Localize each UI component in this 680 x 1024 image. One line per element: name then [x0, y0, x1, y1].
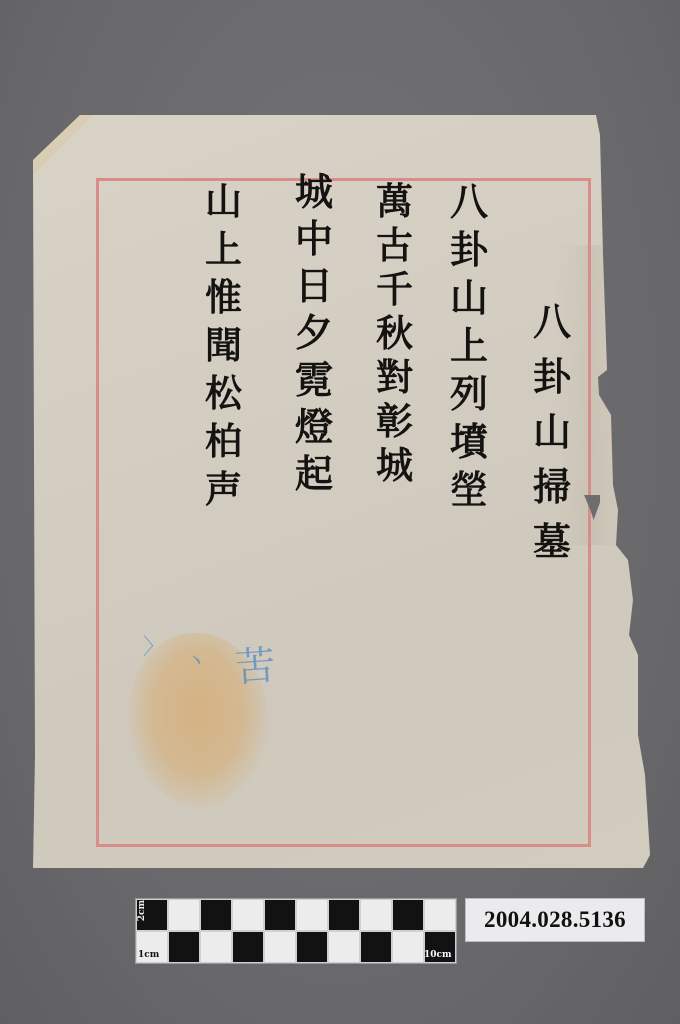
poem-title-column: 八 卦 山 掃 墓 — [533, 303, 571, 561]
blue-pencil-mark: 苦 — [233, 634, 277, 694]
poem-char: 山 — [450, 279, 488, 317]
poem-char: 古 — [376, 227, 413, 264]
title-char: 山 — [533, 413, 571, 451]
scale-label-2cm: 2cm — [137, 900, 147, 921]
poem-char: 彰 — [376, 403, 413, 440]
poem-char: 城 — [376, 447, 413, 484]
scale-cell — [296, 931, 328, 963]
poem-char: 聞 — [205, 327, 242, 364]
poem-char: 千 — [376, 271, 413, 308]
poem-char: 萬 — [376, 183, 413, 220]
poem-line-2: 萬 古 千 秋 對 彰 城 — [376, 183, 413, 484]
poem-char: 起 — [295, 455, 333, 493]
poem-char: 墳 — [450, 423, 488, 461]
poem-char: 中 — [295, 220, 333, 258]
title-char: 掃 — [533, 468, 571, 506]
poem-char: 日 — [295, 267, 333, 305]
scale-cell — [296, 899, 328, 931]
poem-char: 塋 — [450, 471, 488, 509]
poem-line-4: 山 上 惟 聞 松 柏 声 — [205, 183, 242, 508]
scale-cell — [264, 931, 296, 963]
scale-cell — [168, 931, 200, 963]
poem-char: 惟 — [205, 279, 242, 316]
blue-pencil-mark: 〉 — [143, 630, 165, 661]
scale-cell — [264, 899, 296, 931]
scale-cell — [328, 899, 360, 931]
poem-char: 声 — [205, 471, 242, 508]
scale-bar — [135, 898, 457, 964]
poem-char: 松 — [205, 375, 242, 412]
poem-char: 霓 — [295, 361, 333, 399]
poem-char: 秋 — [376, 315, 413, 352]
poem-char: 對 — [376, 359, 413, 396]
scale-cell — [232, 931, 264, 963]
poem-char: 上 — [205, 231, 242, 268]
accession-number: 2004.028.5136 — [484, 907, 626, 933]
poem-char: 柏 — [205, 423, 242, 460]
blue-pencil-mark: 丶 — [185, 645, 207, 676]
scale-label-10cm: 10cm — [424, 950, 452, 960]
title-char: 八 — [533, 303, 571, 341]
scale-cell — [200, 931, 232, 963]
poem-char: 夕 — [295, 314, 333, 352]
scale-cell — [168, 899, 200, 931]
accession-number-label: 2004.028.5136 — [465, 898, 645, 942]
scale-cell — [232, 899, 264, 931]
poem-char: 城 — [295, 173, 333, 211]
scale-label-1cm: 1cm — [138, 950, 159, 960]
poem-line-1: 八 卦 山 上 列 墳 塋 — [450, 183, 488, 509]
scale-cell — [360, 931, 392, 963]
poem-char: 卦 — [450, 231, 488, 269]
scale-cell — [200, 899, 232, 931]
title-char: 卦 — [533, 358, 571, 396]
poem-char: 山 — [205, 183, 242, 220]
poem-line-3: 城 中 日 夕 霓 燈 起 — [295, 173, 333, 493]
title-char: 墓 — [533, 523, 571, 561]
manuscript-paper: 苦 〉 丶 八 卦 山 掃 墓 八 卦 山 上 列 墳 塋 萬 古 千 秋 對 … — [33, 115, 650, 868]
poem-char: 上 — [450, 327, 488, 365]
scale-cell — [392, 899, 424, 931]
scale-cell — [328, 931, 360, 963]
scale-cell — [360, 899, 392, 931]
poem-char: 八 — [450, 183, 488, 221]
poem-char: 燈 — [295, 408, 333, 446]
scale-cell — [424, 899, 456, 931]
scale-cell — [392, 931, 424, 963]
poem-char: 列 — [450, 375, 488, 413]
